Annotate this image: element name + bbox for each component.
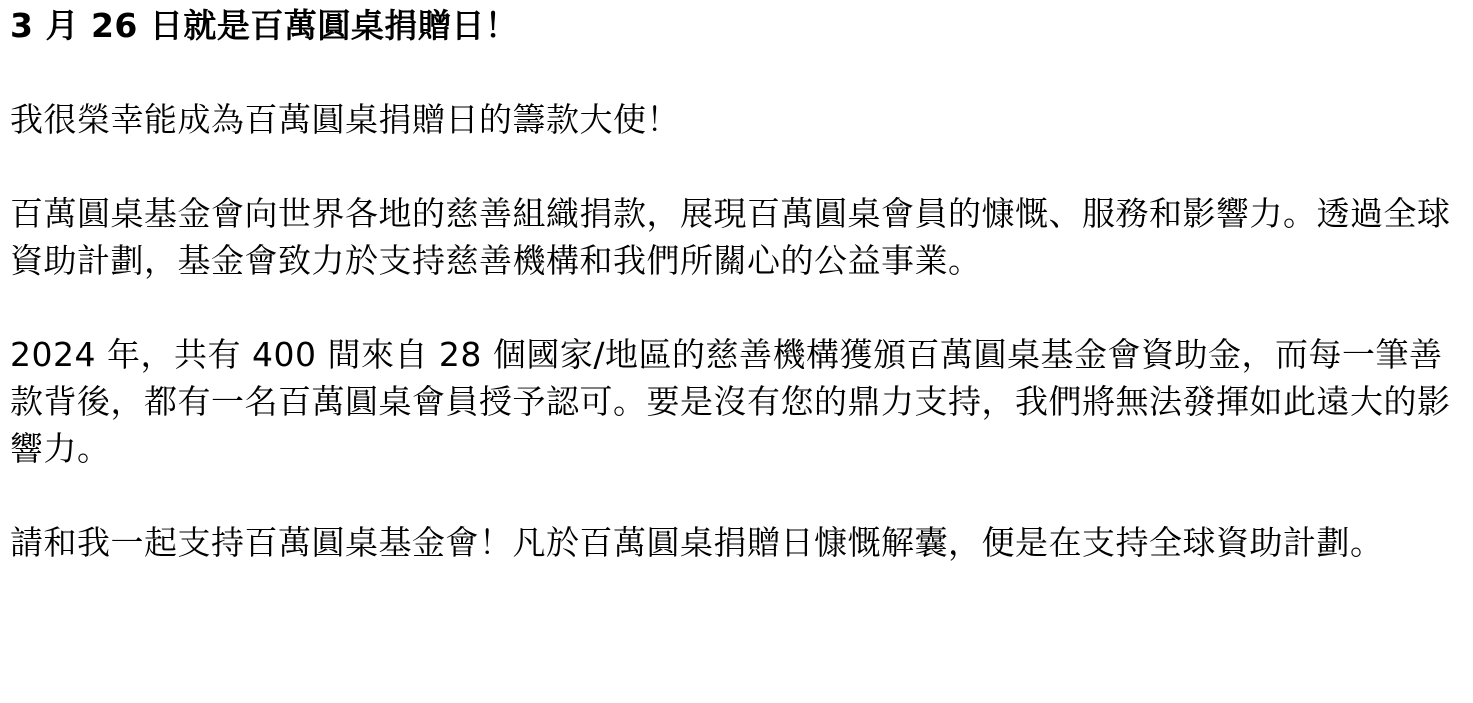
paragraph-ambassador: 我很榮幸能成為百萬圓桌捐贈日的籌款大使！ [10,96,1463,143]
document-heading: 3 月 26 日就是百萬圓桌捐贈日！ [10,2,1463,49]
paragraph-2024-grants: 2024 年，共有 400 間來自 28 個國家/地區的慈善機構獲頒百萬圓桌基金… [10,331,1463,472]
document-page: 3 月 26 日就是百萬圓桌捐贈日！ 我很榮幸能成為百萬圓桌捐贈日的籌款大使！ … [0,0,1473,703]
paragraph-call-to-action: 請和我一起支持百萬圓桌基金會！凡於百萬圓桌捐贈日慷慨解囊，便是在支持全球資助計劃… [10,519,1463,566]
paragraph-foundation-intro: 百萬圓桌基金會向世界各地的慈善組織捐款，展現百萬圓桌會員的慷慨、服務和影響力。透… [10,190,1463,284]
